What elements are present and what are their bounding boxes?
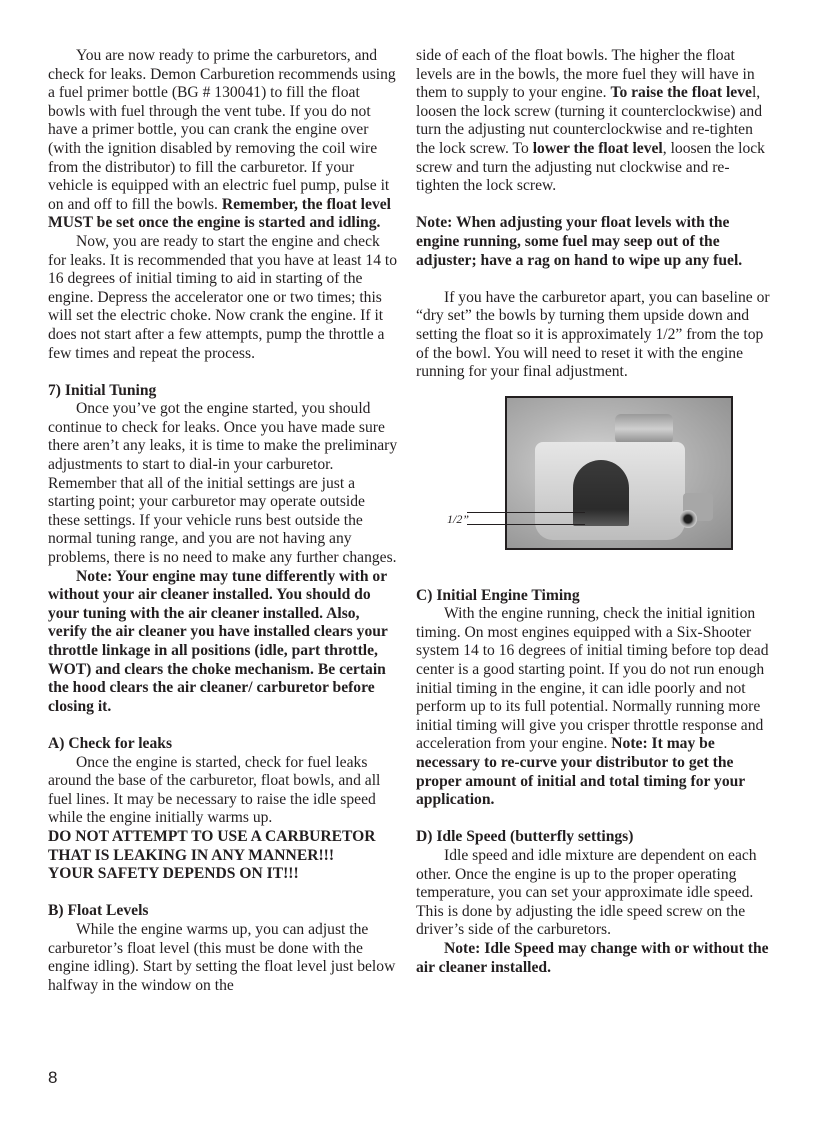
float-bowl-window [573, 460, 629, 526]
float-adjust-paragraph: side of each of the float bowls. The hig… [416, 47, 772, 196]
intro-paragraph-1: You are now ready to prime the carbureto… [48, 47, 400, 233]
spacer [48, 884, 400, 903]
leak-warning-line-1: DO NOT ATTEMPT TO USE A CARBURETOR [48, 828, 400, 847]
intro-paragraph-2: Now, you are ready to start the engine a… [48, 233, 400, 363]
leak-warning-line-3: YOUR SAFETY DEPENDS ON IT!!! [48, 865, 400, 884]
spacer [416, 270, 772, 289]
spacer [416, 810, 772, 829]
section-d-heading: D) Idle Speed (butterfly settings) [416, 828, 772, 847]
right-column: side of each of the float bowls. The hig… [416, 47, 772, 977]
page-number: 8 [48, 1068, 57, 1088]
section-d-note: Note: Idle Speed may change with or with… [416, 940, 772, 977]
section-b-body: While the engine warms up, you can adjus… [48, 921, 400, 995]
section-b-heading: B) Float Levels [48, 902, 400, 921]
section-7-note: Note: Your engine may tune differently w… [48, 568, 400, 717]
fuel-inlet-fitting [679, 510, 697, 528]
section-7-body: Once you’ve got the engine started, you … [48, 400, 400, 567]
section-a-heading: A) Check for leaks [48, 735, 400, 754]
section-7-heading: 7) Initial Tuning [48, 382, 400, 401]
raise-float-level-emphasis: To raise the float leve [610, 84, 751, 101]
spacer [416, 196, 772, 215]
dimension-label: 1/2” [447, 510, 469, 529]
section-c-heading: C) Initial Engine Timing [416, 587, 772, 606]
left-column: You are now ready to prime the carbureto… [48, 47, 400, 995]
dimension-line-top [467, 512, 585, 514]
spacer [48, 363, 400, 382]
leak-warning-line-2: THAT IS LEAKING IN ANY MANNER!!! [48, 847, 400, 866]
carburetor-bowl-photo [505, 396, 733, 550]
section-c-body: With the engine running, check the initi… [416, 605, 772, 810]
lower-float-level-emphasis: lower the float level [533, 140, 663, 157]
section-d-body: Idle speed and idle mixture are dependen… [416, 847, 772, 940]
dimension-line-bottom [467, 524, 585, 526]
float-adjust-note: Note: When adjusting your float levels w… [416, 214, 772, 270]
section-a-body: Once the engine is started, check for fu… [48, 754, 400, 828]
carburetor-top-fitting [615, 414, 673, 444]
spacer [48, 716, 400, 735]
float-measurement-figure: 1/2” [416, 382, 772, 587]
dry-set-paragraph: If you have the carburetor apart, you ca… [416, 289, 772, 382]
